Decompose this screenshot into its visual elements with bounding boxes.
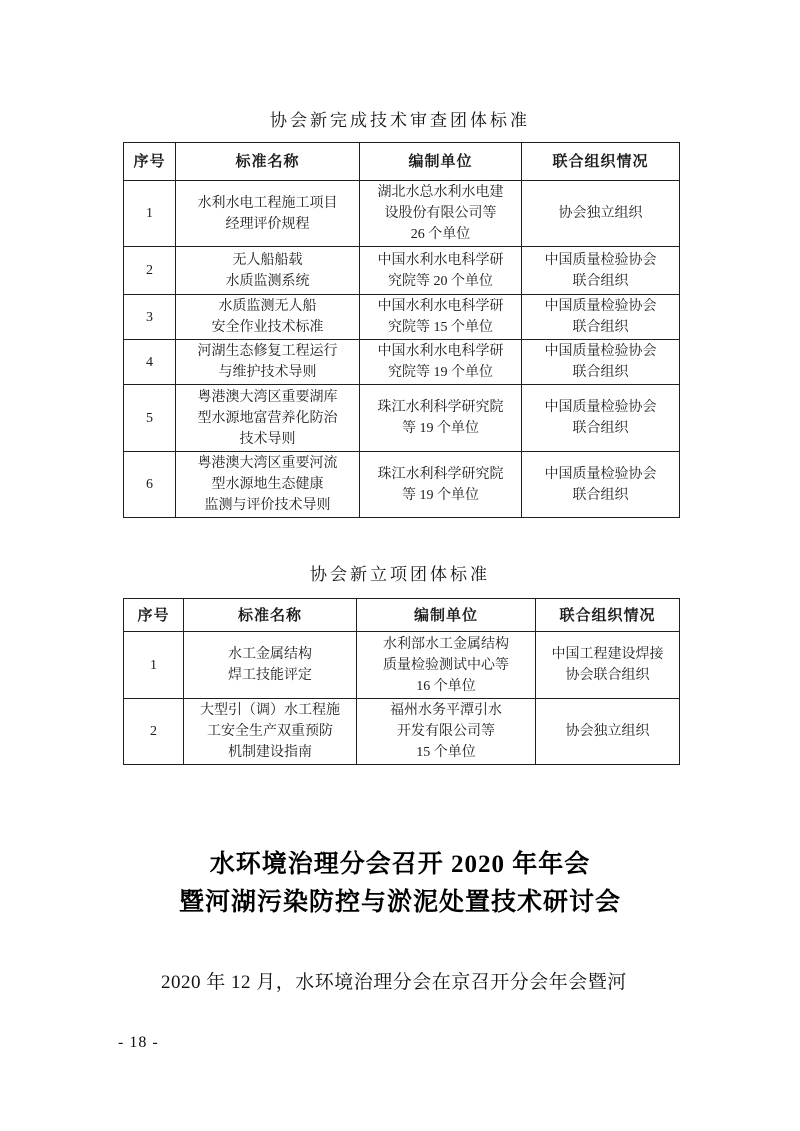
column-header-unit: 编制单位 [360, 143, 522, 181]
column-header-unit: 编制单位 [357, 599, 536, 632]
cell-org: 中国质量检验协会 联合组织 [522, 385, 680, 452]
cell-org: 中国工程建设焊接 协会联合组织 [536, 632, 680, 699]
cell-unit: 福州水务平潭引水 开发有限公司等 15 个单位 [357, 699, 536, 765]
cell-name: 水工金属结构 焊工技能评定 [184, 632, 357, 699]
cell-org: 中国质量检验协会 联合组织 [522, 340, 680, 385]
cell-unit: 中国水利水电科学研 究院等 15 个单位 [360, 295, 522, 340]
column-header-name: 标准名称 [176, 143, 360, 181]
table-row: 4 河湖生态修复工程运行 与维护技术导则 中国水利水电科学研 究院等 19 个单… [124, 340, 680, 385]
cell-seq: 6 [124, 452, 176, 518]
cell-name: 河湖生态修复工程运行 与维护技术导则 [176, 340, 360, 385]
cell-name: 水质监测无人船 安全作业技术标准 [176, 295, 360, 340]
column-header-seq: 序号 [124, 599, 184, 632]
cell-unit: 湖北水总水利水电建 设股份有限公司等 26 个单位 [360, 181, 522, 247]
table-row: 5 粤港澳大湾区重要湖库 型水源地富营养化防治 技术导则 珠江水利科学研究院 等… [124, 385, 680, 452]
table-row: 3 水质监测无人船 安全作业技术标准 中国水利水电科学研 究院等 15 个单位 … [124, 295, 680, 340]
cell-org: 协会独立组织 [522, 181, 680, 247]
article-heading-line1: 水环境治理分会召开 2020 年年会 [0, 846, 800, 884]
table1-title: 协会新完成技术审查团体标准 [0, 106, 800, 131]
table-row: 6 粤港澳大湾区重要河流 型水源地生态健康 监测与评价技术导则 珠江水利科学研究… [124, 452, 680, 518]
completed-standards-table: 序号 标准名称 编制单位 联合组织情况 1 水利水电工程施工项目 经理评价规程 … [123, 142, 680, 518]
cell-org: 中国质量检验协会 联合组织 [522, 452, 680, 518]
column-header-name: 标准名称 [184, 599, 357, 632]
cell-unit: 珠江水利科学研究院 等 19 个单位 [360, 385, 522, 452]
cell-name: 水利水电工程施工项目 经理评价规程 [176, 181, 360, 247]
page-number: - 18 - [118, 1034, 159, 1052]
table-row: 2 无人船船载 水质监测系统 中国水利水电科学研 究院等 20 个单位 中国质量… [124, 247, 680, 295]
cell-unit: 中国水利水电科学研 究院等 20 个单位 [360, 247, 522, 295]
cell-org: 中国质量检验协会 联合组织 [522, 295, 680, 340]
cell-org: 协会独立组织 [536, 699, 680, 765]
document-page: 协会新完成技术审查团体标准 序号 标准名称 编制单位 联合组织情况 1 水利水电… [0, 0, 800, 1131]
column-header-org: 联合组织情况 [522, 143, 680, 181]
table-header-row: 序号 标准名称 编制单位 联合组织情况 [124, 599, 680, 632]
cell-name: 粤港澳大湾区重要湖库 型水源地富营养化防治 技术导则 [176, 385, 360, 452]
table-row: 2 大型引（调）水工程施 工安全生产双重预防 机制建设指南 福州水务平潭引水 开… [124, 699, 680, 765]
article-heading-line2: 暨河湖污染防控与淤泥处置技术研讨会 [0, 884, 800, 922]
cell-seq: 2 [124, 699, 184, 765]
cell-unit: 珠江水利科学研究院 等 19 个单位 [360, 452, 522, 518]
cell-seq: 5 [124, 385, 176, 452]
cell-seq: 1 [124, 181, 176, 247]
cell-unit: 中国水利水电科学研 究院等 19 个单位 [360, 340, 522, 385]
cell-seq: 1 [124, 632, 184, 699]
table-header-row: 序号 标准名称 编制单位 联合组织情况 [124, 143, 680, 181]
cell-name: 无人船船载 水质监测系统 [176, 247, 360, 295]
cell-seq: 4 [124, 340, 176, 385]
column-header-org: 联合组织情况 [536, 599, 680, 632]
cell-name: 大型引（调）水工程施 工安全生产双重预防 机制建设指南 [184, 699, 357, 765]
new-project-standards-table: 序号 标准名称 编制单位 联合组织情况 1 水工金属结构 焊工技能评定 水利部水… [123, 598, 680, 765]
cell-seq: 2 [124, 247, 176, 295]
table2-title: 协会新立项团体标准 [0, 560, 800, 585]
article-heading: 水环境治理分会召开 2020 年年会 暨河湖污染防控与淤泥处置技术研讨会 [0, 846, 800, 922]
column-header-seq: 序号 [124, 143, 176, 181]
table-row: 1 水利水电工程施工项目 经理评价规程 湖北水总水利水电建 设股份有限公司等 2… [124, 181, 680, 247]
cell-org: 中国质量检验协会 联合组织 [522, 247, 680, 295]
cell-unit: 水利部水工金属结构 质量检验测试中心等 16 个单位 [357, 632, 536, 699]
cell-name: 粤港澳大湾区重要河流 型水源地生态健康 监测与评价技术导则 [176, 452, 360, 518]
table-row: 1 水工金属结构 焊工技能评定 水利部水工金属结构 质量检验测试中心等 16 个… [124, 632, 680, 699]
cell-seq: 3 [124, 295, 176, 340]
article-paragraph: 2020 年 12 月，水环境治理分会在京召开分会年会暨河 [123, 968, 681, 998]
